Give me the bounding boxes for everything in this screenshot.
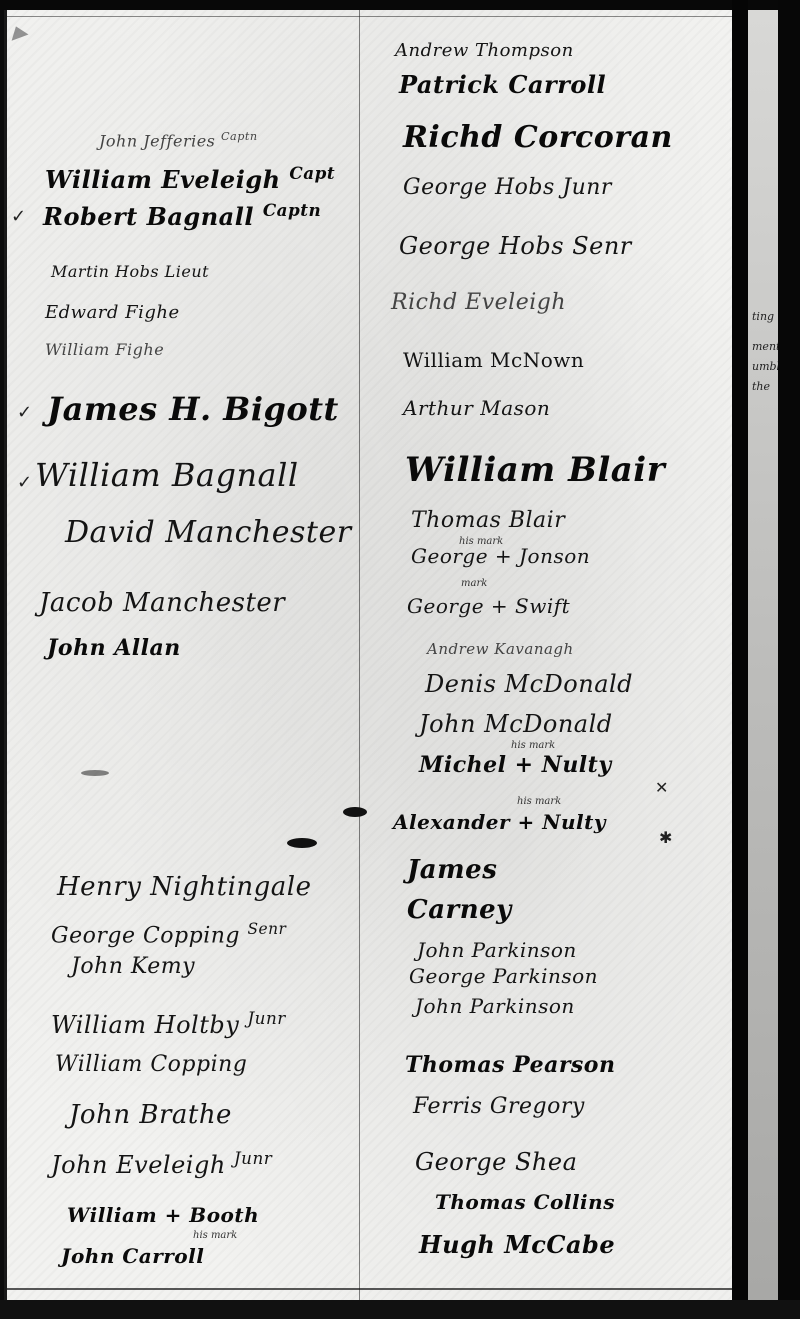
ink-blot — [343, 807, 367, 817]
signature-name: Thomas Collins — [435, 1190, 615, 1214]
signature-name: Thomas Pearson — [405, 1052, 615, 1078]
mark-annotation: his mark — [517, 796, 561, 807]
signature: Thomas Blair — [411, 508, 565, 533]
signature-title: Junr — [247, 1008, 285, 1028]
signature: William + Booth — [67, 1203, 259, 1227]
signature-name: Henry Nightingale — [57, 872, 312, 902]
signature-name: John Jefferies — [99, 131, 215, 150]
signature-name: Andrew Thompson — [395, 40, 574, 61]
mark-annotation: his mark — [511, 740, 555, 751]
signature-title: Junr — [234, 1148, 272, 1168]
signature-name: Andrew Kavanagh — [427, 640, 574, 658]
mark-annotation: his mark — [193, 1230, 237, 1241]
signature-name: William Fighe — [45, 340, 164, 359]
signature: John Eveleigh Junr — [51, 1148, 272, 1179]
asterisk-mark-icon: ✱ — [659, 828, 672, 847]
signature: John Kemy — [71, 954, 195, 979]
signature-name: John Eveleigh — [51, 1151, 226, 1179]
bottom-rule — [7, 1288, 735, 1290]
check-mark-icon: ✓ — [11, 206, 26, 227]
signature-name: George Hobs — [399, 232, 564, 260]
signature-name: David Manchester — [65, 515, 352, 550]
signature-name: Michel + Nulty — [419, 752, 612, 778]
check-mark-icon: ✓ — [17, 402, 32, 423]
signature-title: Senr — [572, 232, 632, 260]
signature-name: William McNown — [403, 348, 584, 372]
signature: George Shea — [415, 1148, 577, 1176]
signature-name: Martin Hobs — [51, 262, 159, 281]
signature: Denis McDonald — [425, 670, 633, 698]
signature-name: William Eveleigh — [45, 165, 281, 194]
signature: Thomas Collins — [435, 1190, 615, 1214]
signature-name: Robert Bagnall — [43, 202, 254, 231]
mark-annotation: mark — [461, 578, 487, 589]
signature: Edward Fighe — [45, 302, 180, 323]
signature: John McDonald — [419, 710, 613, 738]
signature: William Holtby Junr — [51, 1008, 286, 1039]
signature-name: William + Booth — [67, 1203, 259, 1227]
signature: Andrew Kavanagh — [427, 640, 574, 658]
signature-name: Ferris Gregory — [413, 1094, 585, 1119]
signature: John Allan — [47, 635, 181, 661]
signature: Hugh McCabe — [419, 1230, 615, 1259]
signature-name: George Hobs — [403, 175, 555, 200]
signature-name: John Kemy — [71, 954, 195, 979]
signature-name: John Brathe — [69, 1100, 232, 1130]
signature-name: George + Jonson — [411, 544, 590, 568]
ink-blot — [81, 770, 109, 776]
signature: John Jefferies Captn — [99, 130, 258, 150]
signature-name: Jacob Manchester — [39, 588, 285, 618]
signature-name: William Bagnall — [35, 456, 299, 494]
signature-name: Richd Corcoran — [403, 120, 673, 155]
signature-name: Edward Fighe — [45, 302, 180, 323]
scan-right-edge — [778, 0, 800, 1319]
signature: George Parkinson — [409, 964, 598, 988]
signature: Richd Corcoran — [403, 120, 673, 155]
signature-name: John Allan — [47, 635, 181, 661]
signature: Thomas Pearson — [405, 1052, 615, 1078]
signature-name: Richd Eveleigh — [391, 290, 566, 315]
signature-name: Arthur Mason — [403, 396, 550, 420]
signature-title: Captn — [221, 130, 258, 143]
signature-name: Hugh McCabe — [419, 1230, 615, 1259]
signature: George + Swift — [407, 594, 570, 618]
margin-text-fragment: the — [752, 380, 770, 393]
signature: John Carroll — [61, 1244, 204, 1268]
signature: Patrick Carroll — [399, 70, 606, 99]
signature: Henry Nightingale — [57, 872, 312, 902]
signature: George Hobs Senr — [399, 232, 632, 260]
signature: John Brathe — [69, 1100, 232, 1130]
document-page: John Jefferies Captn William Eveleigh Ca… — [4, 10, 735, 1300]
signature: David Manchester — [65, 515, 352, 550]
signature-name: Denis McDonald — [425, 670, 633, 698]
signature: William Eveleigh Capt — [45, 163, 335, 194]
signature: Jacob Manchester — [39, 588, 285, 618]
check-mark-icon: ✓ — [17, 472, 32, 493]
signature-name: John McDonald — [419, 710, 613, 738]
signature-name: William Blair — [405, 450, 665, 490]
signature-name: John Parkinson — [417, 938, 577, 962]
signature-name: William Holtby — [51, 1011, 239, 1039]
adjacent-page-strip: umbly ting ment the — [748, 10, 778, 1300]
center-fold-line — [359, 10, 360, 1300]
signature: John Parkinson — [415, 994, 575, 1018]
margin-text-fragment: ting — [752, 310, 774, 323]
signature-name: James H. Bigott — [47, 390, 339, 428]
signature: John Parkinson — [417, 938, 577, 962]
signature: William Fighe — [45, 340, 164, 359]
mark-annotation: his mark — [459, 536, 503, 547]
signature-name: William Copping — [55, 1052, 247, 1077]
signature-title: Captn — [263, 200, 321, 220]
signature: Richd Eveleigh — [391, 290, 566, 315]
signature: George Copping Senr — [51, 920, 286, 948]
signature: Robert Bagnall Captn — [43, 200, 321, 231]
binding-shadow — [732, 0, 748, 1319]
signature-name: Alexander + Nulty — [393, 810, 606, 834]
signature-name: Patrick Carroll — [399, 70, 606, 99]
signature: George + Jonson — [411, 544, 590, 568]
signature-name: George Parkinson — [409, 964, 598, 988]
corner-triangle-mark — [7, 23, 28, 40]
signature: Martin Hobs Lieut — [51, 262, 209, 281]
scan-bottom-edge — [0, 1300, 800, 1319]
signature: Michel + Nulty — [419, 752, 612, 778]
signature-name: George Copping — [51, 923, 240, 948]
signature-name: George + Swift — [407, 594, 570, 618]
signature-name: Thomas Blair — [411, 508, 565, 533]
signature: William Copping — [55, 1052, 247, 1077]
top-rule — [7, 16, 735, 17]
signature-title: Capt — [289, 163, 335, 183]
signature: James Carney — [407, 850, 587, 930]
signature: William Blair — [405, 450, 665, 490]
signature-title: Lieut — [165, 262, 209, 281]
ink-blot — [287, 838, 317, 848]
signature: Alexander + Nulty — [393, 810, 606, 834]
signature: George Hobs Junr — [403, 175, 612, 200]
signature: William McNown — [403, 348, 584, 372]
cross-mark-icon: ✕ — [655, 778, 668, 797]
signature-name: John Carroll — [61, 1244, 204, 1268]
signature-title: Senr — [247, 920, 286, 938]
signature: Ferris Gregory — [413, 1094, 585, 1119]
signature: Arthur Mason — [403, 396, 550, 420]
margin-text-fragment: ment — [752, 340, 780, 353]
scan-top-edge — [0, 0, 800, 10]
signature: Andrew Thompson — [395, 40, 574, 61]
signature-name: George Shea — [415, 1148, 577, 1176]
signature: William Bagnall — [35, 456, 299, 494]
signature-name: James Carney — [407, 855, 512, 925]
signature-name: John Parkinson — [415, 994, 575, 1018]
signature: James H. Bigott — [47, 390, 339, 428]
signature-title: Junr — [562, 175, 612, 200]
